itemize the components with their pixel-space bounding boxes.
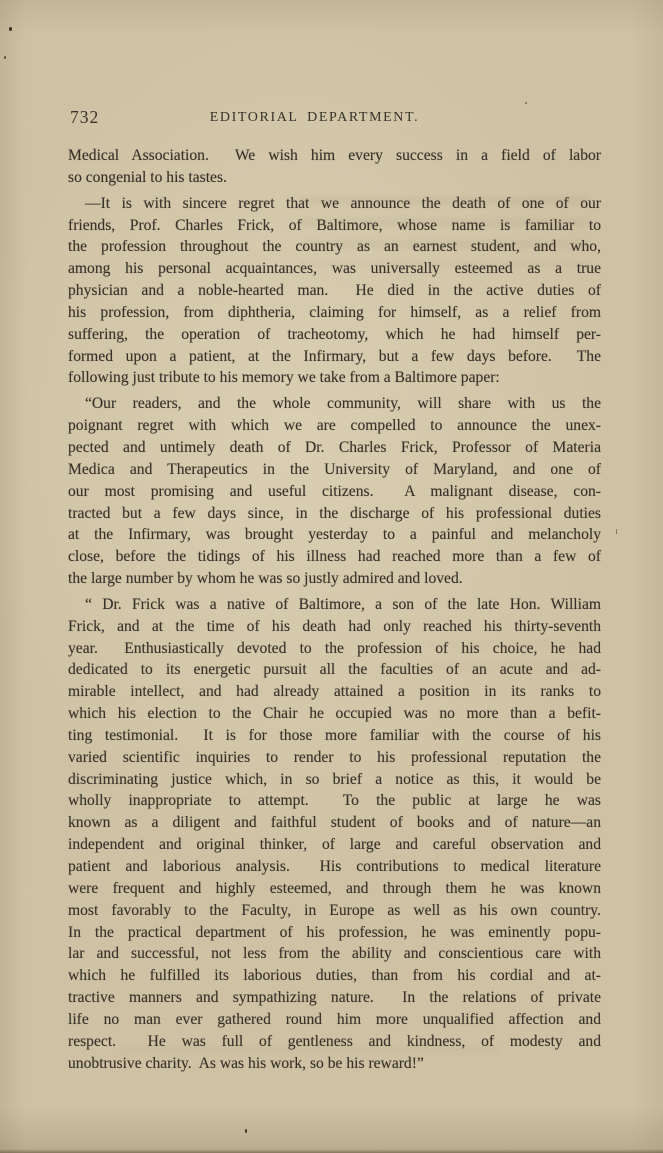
text-line: formed upon a patient, at the Infirmary,…: [68, 346, 601, 368]
text-line: In the practical department of his profe…: [68, 922, 601, 944]
running-head: 732 EDITORIAL DEPARTMENT.: [68, 107, 601, 131]
text-line: —It is with sincere regret that we annou…: [68, 193, 601, 215]
paragraph: Medical Association. We wish him every s…: [68, 145, 601, 189]
running-title: EDITORIAL DEPARTMENT.: [68, 110, 561, 126]
text-line: Medical Association. We wish him every s…: [68, 145, 601, 167]
text-line: which he fulfilled its laborious duties,…: [68, 965, 601, 987]
text-line: at the Infirmary, was brought yesterday …: [68, 524, 601, 546]
page-body-text: Medical Association. We wish him every s…: [68, 145, 601, 1074]
text-line: were frequent and highly esteemed, and t…: [68, 878, 601, 900]
text-line: ting testimonial. It is for those more f…: [68, 725, 601, 747]
text-line: friends, Prof. Charles Frick, of Baltimo…: [68, 215, 601, 237]
text-line: his profession, from diphtheria, claimin…: [68, 302, 601, 324]
text-line: dedicated to its energetic pursuit all t…: [68, 659, 601, 681]
text-line: close, before the tidings of his illness…: [68, 546, 601, 568]
text-line: Frick, and at the time of his death had …: [68, 616, 601, 638]
text-line: tracted but a few days since, in the dis…: [68, 503, 601, 525]
text-line: poignant regret with which we are compel…: [68, 415, 601, 437]
text-line: which his election to the Chair he occup…: [68, 703, 601, 725]
text-line: unobtrusive charity. As was his work, so…: [68, 1053, 601, 1075]
text-line: life no man ever gathered round him more…: [68, 1009, 601, 1031]
paper-speck: [9, 27, 12, 31]
text-line: mirable intellect, and had already attai…: [68, 681, 601, 703]
text-line: physician and a noble-hearted man. He di…: [68, 280, 601, 302]
text-line: following just tribute to his memory we …: [68, 367, 601, 389]
text-line: year. Enthusiastically devoted to the pr…: [68, 638, 601, 660]
text-line: pected and untimely death of Dr. Charles…: [68, 437, 601, 459]
text-line: tractive manners and sympathizing nature…: [68, 987, 601, 1009]
text-line: “ Dr. Frick was a native of Baltimore, a…: [68, 594, 601, 616]
paragraph: “Our readers, and the whole community, w…: [68, 393, 601, 590]
paper-speck: [4, 56, 6, 59]
text-line: wholly inappropriate to attempt. To the …: [68, 790, 601, 812]
paragraph: “ Dr. Frick was a native of Baltimore, a…: [68, 594, 601, 1075]
text-line: patient and laborious analysis. His cont…: [68, 856, 601, 878]
text-line: so congenial to his tastes.: [68, 167, 601, 189]
text-line: discriminating justice which, in so brie…: [68, 769, 601, 791]
text-line: known as a diligent and faithful student…: [68, 812, 601, 834]
scanned-book-page: 732 EDITORIAL DEPARTMENT. Medical Associ…: [0, 0, 663, 1153]
text-line: among his personal acquaintances, was un…: [68, 258, 601, 280]
text-line: the large number by whom he was so justl…: [68, 568, 601, 590]
paper-speck: [525, 102, 527, 104]
paper-speck: [245, 1129, 247, 1133]
text-line: suffering, the operation of tracheotomy,…: [68, 324, 601, 346]
text-line: varied scientific inquiries to render to…: [68, 747, 601, 769]
paragraph: —It is with sincere regret that we annou…: [68, 193, 601, 390]
text-line: most favorably to the Faculty, in Europe…: [68, 900, 601, 922]
paper-speck: [616, 529, 617, 534]
text-line: “Our readers, and the whole community, w…: [68, 393, 601, 415]
text-line: Medica and Therapeutics in the Universit…: [68, 459, 601, 481]
text-line: respect. He was full of gentleness and k…: [68, 1031, 601, 1053]
text-line: independent and original thinker, of lar…: [68, 834, 601, 856]
text-line: the profession throughout the country as…: [68, 236, 601, 258]
text-line: our most promising and useful citizens. …: [68, 481, 601, 503]
text-line: lar and successful, not less from the ab…: [68, 943, 601, 965]
